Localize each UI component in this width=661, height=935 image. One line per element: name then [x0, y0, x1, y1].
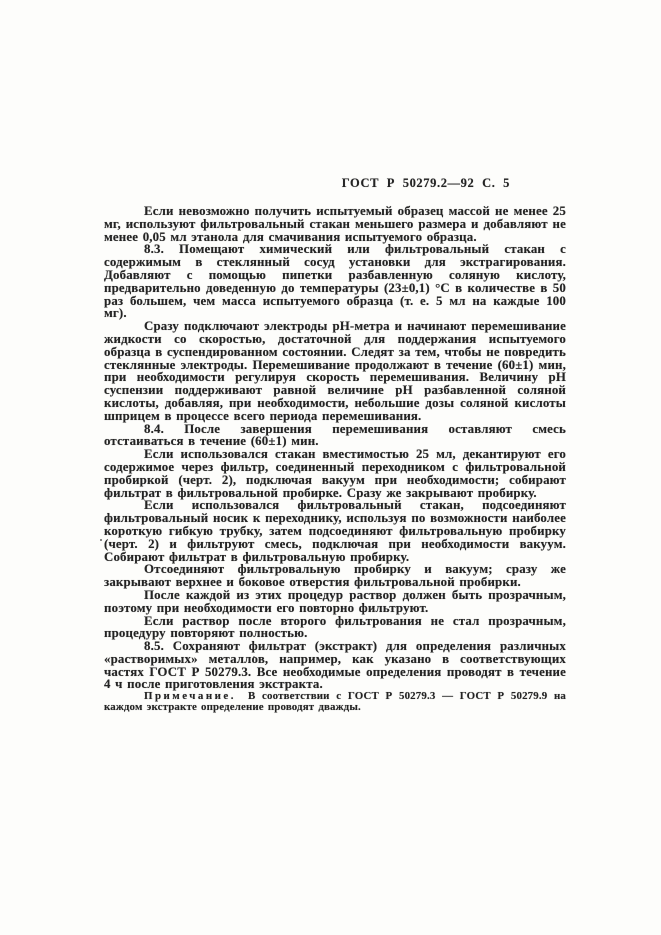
note: Примечание.В соответствии с ГОСТ Р 50279… [104, 691, 566, 713]
paragraph: Если раствор после второго фильтрования … [104, 615, 566, 641]
paragraph-section-8-4: 8.4. После завершения перемешивания оста… [104, 423, 566, 449]
paragraph: Отсоединяют фильтровальную пробирку и ва… [104, 563, 566, 589]
paragraph-section-8-3: 8.3. Помещают химический или фильтроваль… [104, 243, 566, 320]
page-header: ГОСТ Р 50279.2—92 С. 5 [104, 176, 566, 191]
paragraph: Если невозможно получить испытуемый обра… [104, 205, 566, 243]
paragraph: Если использовался фильтровальный стакан… [104, 499, 566, 563]
scan-speck [100, 539, 102, 541]
note-label: Примечание. [144, 690, 236, 702]
paragraph: После каждой из этих процедур раствор до… [104, 589, 566, 615]
paragraph-section-8-5: 8.5. Сохраняют фильтрат (экстракт) для о… [104, 640, 566, 691]
document-page: ГОСТ Р 50279.2—92 С. 5 Если невозможно п… [0, 0, 661, 935]
scan-speck [253, 656, 255, 658]
document-body: Если невозможно получить испытуемый обра… [104, 205, 566, 714]
paragraph: Сразу подключают электроды pH-метра и на… [104, 320, 566, 422]
paragraph: Если использовался стакан вместимостью 2… [104, 448, 566, 499]
